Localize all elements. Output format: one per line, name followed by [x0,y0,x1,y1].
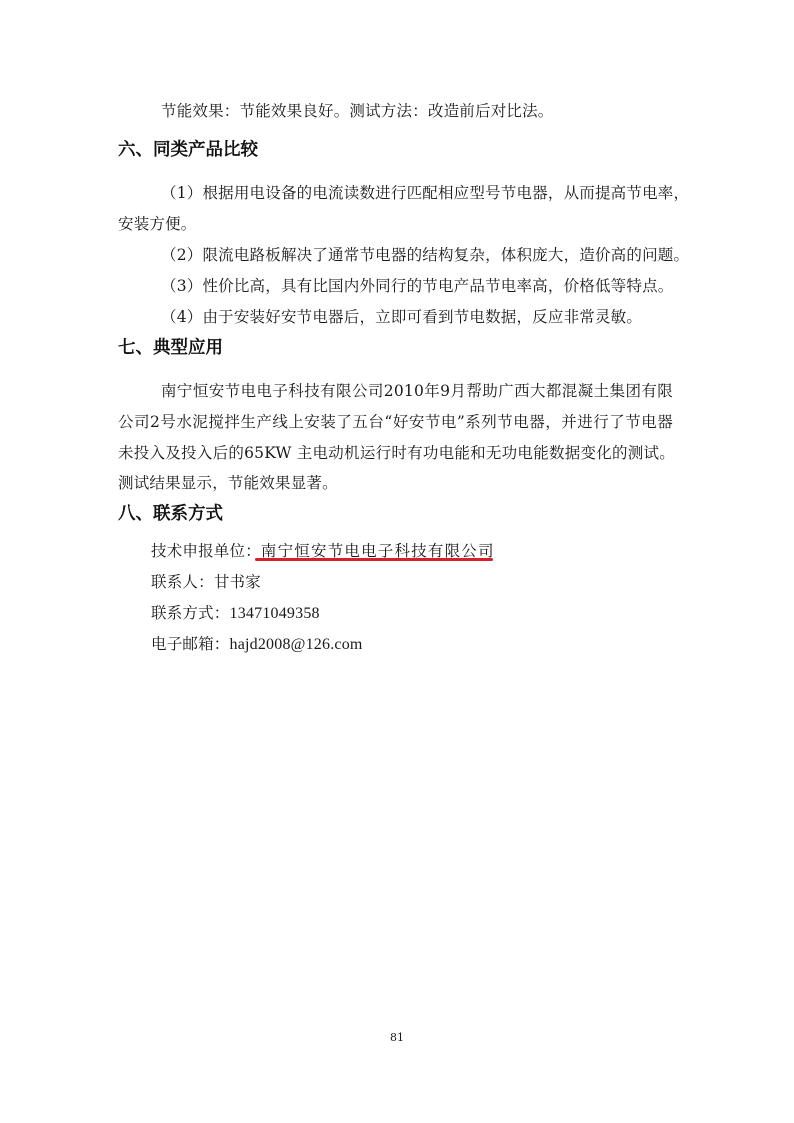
contact-email-label: 电子邮箱： [151,635,230,653]
paragraph-text: （2）限流电路板解决了通常节电器的结构复杂，体积庞大，造价高的问题。 [161,245,677,265]
paragraph-text: 未投入及投入后的65KW 主电动机运行时有功电能和无功电能数据变化的测试。 [118,443,675,463]
paragraph-6-2: （2）限流电路板解决了通常节电器的结构复杂，体积庞大，造价高的问题。 [161,245,677,265]
contact-email-value: hajd2008@126.com [230,636,363,653]
section-heading-8: 八、联系方式 [118,503,223,525]
paragraph-6-3: （3）性价比高，具有比国内外同行的节电产品节电率高，价格低等特点。 [161,276,658,296]
red-underline-annotation [255,558,493,561]
paragraph-7-line-2: 公司2号水泥搅拌生产线上安装了五台“好安节电”系列节电器，并进行了节电器 [118,412,673,432]
section-heading-6: 六、同类产品比较 [118,139,258,161]
paragraph-7-line-1: 南宁恒安节电电子科技有限公司2010年9月帮助广西大都混凝土集团有限 [161,381,673,401]
paragraph-7-line-3: 未投入及投入后的65KW 主电动机运行时有功电能和无功电能数据变化的测试。 [118,443,675,463]
contact-phone: 联系方式：13471049358 [151,603,320,624]
intro-line: 节能效果：节能效果良好。测试方法：改造前后对比法。 [161,101,554,121]
paragraph-7-line-4: 测试结果显示，节能效果显著。 [118,473,338,493]
contact-phone-label: 联系方式： [151,604,230,622]
contact-person: 联系人：甘书家 [151,572,261,592]
paragraph-6-4: （4）由于安装好安节电器后，立即可看到节电数据，反应非常灵敏。 [161,307,631,327]
paragraph-text: （3）性价比高，具有比国内外同行的节电产品节电率高，价格低等特点。 [161,276,658,296]
page-number: 81 [0,1031,794,1044]
contact-person-label: 联系人： [151,573,214,591]
contact-person-value: 甘书家 [214,573,261,591]
paragraph-6-1-line-1: （1）根据用电设备的电流读数进行匹配相应型号节电器，从而提高节电率， [161,183,672,203]
paragraph-text: （1）根据用电设备的电流读数进行匹配相应型号节电器，从而提高节电率， [161,183,672,203]
paragraph-text: 公司2号水泥搅拌生产线上安装了五台“好安节电”系列节电器，并进行了节电器 [118,412,673,432]
paragraph-6-1-line-2: 安装方便。 [118,214,197,234]
paragraph-text: 南宁恒安节电电子科技有限公司2010年9月帮助广西大都混凝土集团有限 [161,381,673,401]
document-page: 节能效果：节能效果良好。测试方法：改造前后对比法。 六、同类产品比较 （1）根据… [0,0,794,1123]
contact-phone-value: 13471049358 [230,605,320,622]
contact-email: 电子邮箱：hajd2008@126.com [151,634,363,655]
section-heading-7: 七、典型应用 [118,337,223,359]
paragraph-text: （4）由于安装好安节电器后，立即可看到节电数据，反应非常灵敏。 [161,307,631,327]
contact-unit-label: 技术申报单位： [151,542,261,560]
